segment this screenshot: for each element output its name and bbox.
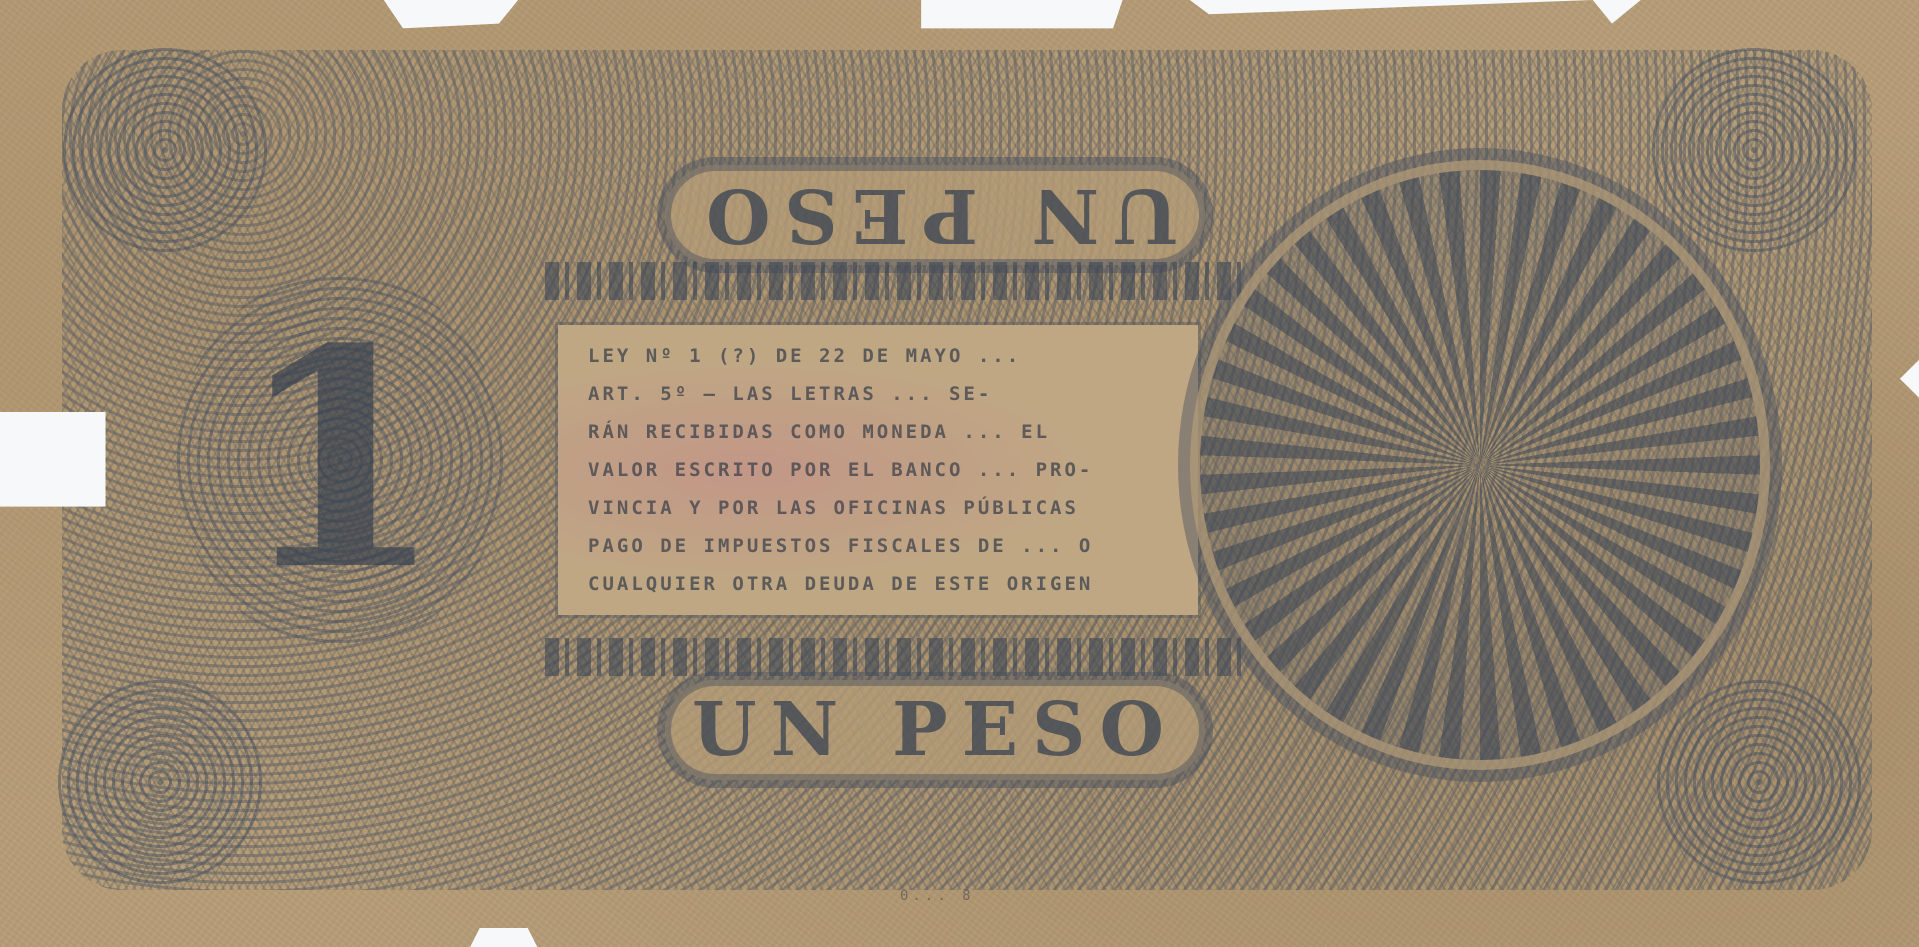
- legal-line: VINCIA Y POR LAS OFICINAS PÚBLICAS: [588, 497, 1168, 519]
- corner-rosette-icon: [1654, 677, 1864, 887]
- denomination-word: UN PESO: [692, 172, 1178, 258]
- legal-text-panel: LEY Nº 1 (?) DE 22 DE MAYO ... ART. 5º —…: [558, 325, 1198, 615]
- greek-key-band: [545, 262, 1245, 300]
- legal-line: CUALQUIER OTRA DEUDA DE ESTE ORIGEN: [588, 573, 1168, 595]
- legal-line: PAGO DE IMPUESTOS FISCALES DE ... O: [588, 535, 1168, 557]
- guilloche-medallion-icon: [1200, 170, 1760, 760]
- denomination-cartouche-bottom: UN PESO: [665, 680, 1205, 780]
- legal-line: VALOR ESCRITO POR EL BANCO ... PRO-: [588, 459, 1168, 481]
- corner-rosette-icon: [1649, 45, 1859, 255]
- greek-key-band: [545, 638, 1245, 676]
- legal-line: ART. 5º — LAS LETRAS ... SE-: [588, 383, 1168, 405]
- banknote: UN PESO 1 LEY Nº 1 (?) DE 22 DE MAYO ...…: [0, 0, 1919, 947]
- legal-line: RÁN RECIBIDAS COMO MONEDA ... EL: [588, 421, 1168, 443]
- denomination-cartouche-top: UN PESO: [665, 165, 1205, 265]
- legal-line: LEY Nº 1 (?) DE 22 DE MAYO ...: [588, 345, 1168, 367]
- numeral-rosette: 1: [175, 270, 505, 650]
- corner-rosette-icon: [55, 677, 265, 887]
- bottom-marking: 0... 8: [900, 888, 975, 904]
- denomination-numeral: 1: [236, 310, 445, 610]
- denomination-word: UN PESO: [692, 687, 1178, 773]
- corner-rosette-icon: [60, 45, 270, 255]
